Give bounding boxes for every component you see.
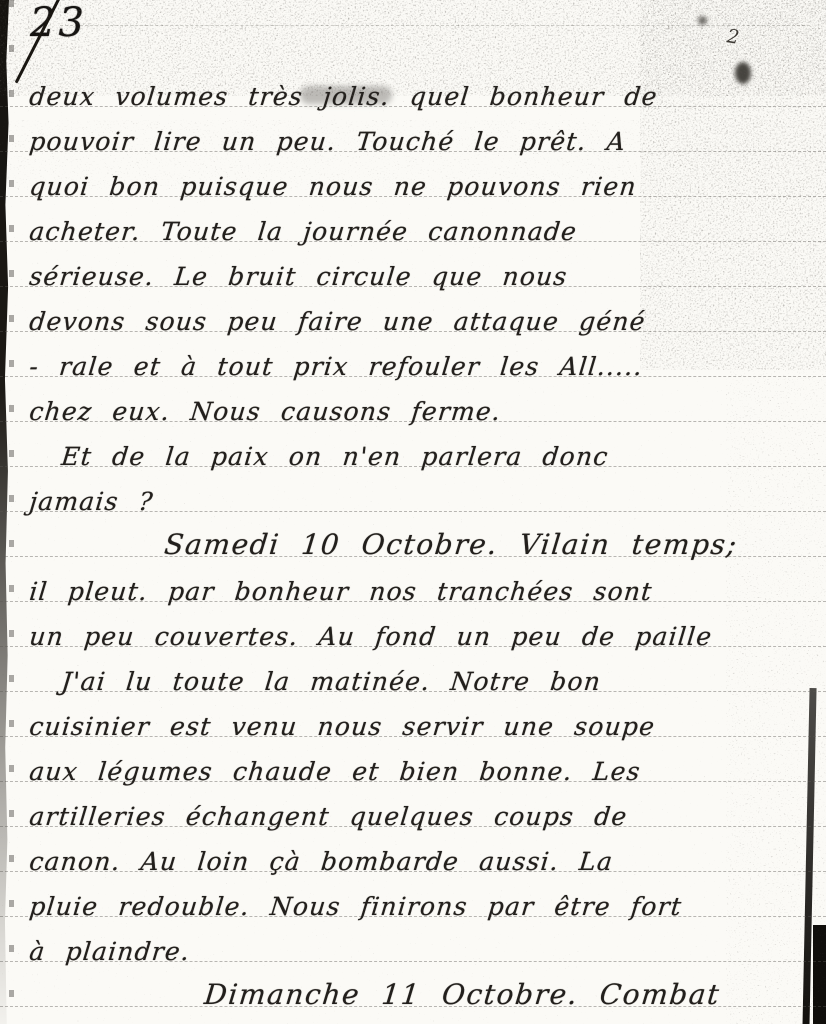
handwritten-line: à plaindre. xyxy=(0,917,826,962)
handwritten-line: jamais ? xyxy=(0,467,826,512)
corner-pencil-mark: 2 xyxy=(726,25,741,48)
faint-top-ruled-line xyxy=(60,25,810,26)
handwritten-line: un peu couvertes. Au fond un peu de pail… xyxy=(0,602,826,647)
handwritten-line: Et de la paix on n'en parlera donc xyxy=(0,422,826,467)
handwritten-line: acheter. Toute la journée canonnade xyxy=(0,197,826,242)
handwritten-line: sérieuse. Le bruit circule que nous xyxy=(0,242,826,287)
handwritten-line: canon. Au loin çà bombarde aussi. La xyxy=(0,827,826,872)
handwritten-line: deux volumes très jolis. quel bonheur de xyxy=(0,62,826,107)
handwritten-line: aux légumes chaude et bien bonne. Les xyxy=(0,737,826,782)
handwritten-line: quoi bon puisque nous ne pouvons rien xyxy=(0,152,826,197)
handwritten-line: cuisinier est venu nous servir une soupe xyxy=(0,692,826,737)
handwritten-line: artilleries échangent quelques coups de xyxy=(0,782,826,827)
handwritten-line-date-entry: Dimanche 11 Octobre. Combat xyxy=(0,962,826,1007)
handwritten-line: J'ai lu toute la matinée. Notre bon xyxy=(0,647,826,692)
handwritten-line: pouvoir lire un peu. Touché le prêt. A xyxy=(0,107,826,152)
handwritten-line-date-entry: Samedi 10 Octobre. Vilain temps; xyxy=(0,512,826,557)
handwritten-line: pluie redouble. Nous finirons par être f… xyxy=(0,872,826,917)
handwritten-line: devons sous peu faire une attaque géné xyxy=(0,287,826,332)
handwritten-text-block: deux volumes très jolis. quel bonheur de… xyxy=(0,62,826,1007)
handwritten-line: chez eux. Nous causons ferme. xyxy=(0,377,826,422)
ink-smudge xyxy=(698,16,707,25)
scanned-diary-page: 23 2 deux volumes très jolis. quel bonhe… xyxy=(0,0,826,1024)
handwritten-line: - rale et à tout prix refouler les All..… xyxy=(0,332,826,377)
handwritten-line: il pleut. par bonheur nos tranchées sont xyxy=(0,557,826,602)
